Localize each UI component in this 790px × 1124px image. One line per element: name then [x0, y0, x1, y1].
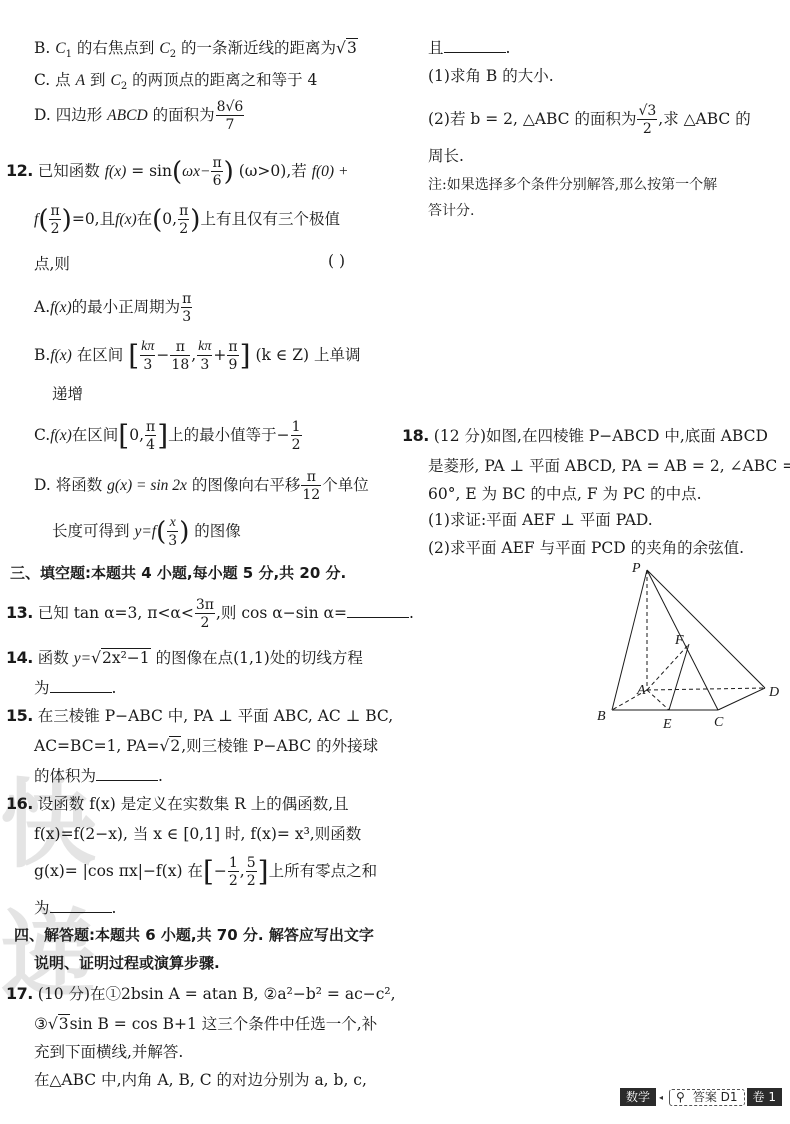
- question-18-part1: (1)求证:平面 AEF ⊥ 平面 PAD.: [428, 508, 653, 530]
- option-text: 在区间: [72, 426, 119, 444]
- question-17-line3: 充到下面横线,并解答.: [34, 1040, 183, 1062]
- question-number: 13.: [6, 603, 33, 622]
- math-fx: f(x): [50, 347, 72, 364]
- math-text: 0,: [162, 210, 177, 228]
- frac-num: x: [167, 516, 178, 532]
- math-radicand: 2: [169, 736, 181, 755]
- math-sub: 1: [66, 49, 72, 60]
- option-text: 的图像向右平移: [192, 476, 301, 494]
- frac-num: π: [227, 340, 238, 356]
- frac-den: 2: [291, 436, 302, 452]
- frac-den: 9: [227, 356, 238, 372]
- label-d: D: [768, 685, 779, 700]
- punct: .: [409, 604, 414, 622]
- fraction: 12: [291, 420, 302, 452]
- option-label: C.: [34, 426, 50, 444]
- paren-open: (: [172, 157, 182, 187]
- frac-num: π: [145, 420, 156, 436]
- question-18-line2: 是菱形, PA ⊥ 平面 ABCD, PA = AB = 2, ∠ABC =: [428, 454, 790, 476]
- frac-den: 2: [246, 872, 257, 888]
- frac-den: 3: [197, 356, 212, 372]
- option-text: 长度可得到: [52, 522, 130, 540]
- question-16: 16. 设函数 f(x) 是定义在实数集 R 上的偶函数,且: [6, 792, 349, 814]
- bracket-close: ]: [240, 339, 251, 372]
- fraction: π3: [181, 292, 192, 324]
- math-c2: C: [159, 40, 169, 57]
- question-17-part2-line2: 周长.: [428, 144, 464, 166]
- q11-option-d: D. 四边形 ABCD 的面积为8√67: [34, 100, 245, 132]
- math-arg: ωx−: [182, 163, 210, 180]
- q12-option-b: B.f(x) 在区间 [kπ3−π18,kπ3+π9] (k ∈ Z) 上单调: [34, 340, 361, 372]
- frac-num: π: [178, 204, 189, 220]
- frac-num: 8√6: [216, 100, 245, 116]
- question-text: ,则三棱锥 P−ABC 的外接球: [181, 737, 378, 755]
- question-17-part1: (1)求角 B 的大小.: [428, 64, 554, 86]
- math-radicand: 3: [58, 1014, 70, 1033]
- option-text: 上的最小值等于−: [168, 426, 290, 444]
- question-text: 的体积为: [34, 767, 96, 785]
- question-17-note-line2: 答计分.: [428, 200, 474, 220]
- frac-den: 2: [228, 872, 239, 888]
- answer-blank[interactable]: [50, 678, 112, 693]
- paren-open: (: [152, 205, 162, 235]
- math-sub: 2: [121, 81, 127, 92]
- option-label: C. 点: [34, 71, 71, 89]
- question-text: 在三棱锥 P−ABC 中, PA ⊥ 平面 ABC, AC ⊥ BC,: [38, 707, 393, 725]
- punct: .: [158, 767, 163, 785]
- question-18-part2: (2)求平面 AEF 与平面 PCD 的夹角的余弦值.: [428, 536, 744, 558]
- frac-num: π: [49, 204, 60, 220]
- question-18: 18. (12 分)如图,在四棱锥 P−ABCD 中,底面 ABCD: [402, 424, 768, 446]
- q12-line2: f(π2)=0,且f(x)在(0,π2)上有且仅有三个极值: [34, 204, 340, 236]
- fraction: 12: [228, 856, 239, 888]
- frac-den: 4: [145, 436, 156, 452]
- arrow-left-icon: ◂: [659, 1093, 663, 1102]
- fraction: π12: [301, 470, 321, 502]
- frac-den: 12: [301, 486, 321, 502]
- question-text: ,求 △ABC 的: [658, 110, 750, 128]
- frac-den: 2: [49, 220, 60, 236]
- question-17-note: 注:如果选择多个条件分别解答,那么按第一个解: [428, 174, 717, 194]
- answer-blank[interactable]: [347, 603, 409, 618]
- question-13: 13. 已知 tan α=3, π<α<3π2,则 cos α−sin α=.: [6, 598, 414, 630]
- frac-num: kπ: [197, 340, 212, 356]
- volume-tag: 卷 1: [747, 1088, 782, 1106]
- math-abcd: ABCD: [107, 107, 147, 124]
- fraction: π2: [178, 204, 189, 236]
- label-p: P: [631, 561, 641, 576]
- frac-den: 2: [637, 120, 657, 136]
- fraction: 3π2: [195, 598, 215, 630]
- math-a: A: [76, 72, 85, 89]
- answer-bracket[interactable]: ( ): [328, 252, 345, 270]
- question-15-line2: AC=BC=1, PA=√2,则三棱锥 P−ABC 的外接球: [34, 734, 378, 756]
- search-icon: ⚲: [676, 1090, 685, 1105]
- math-fx: f(x): [50, 427, 72, 444]
- question-text: g(x)= |cos πx|−f(x) 在: [34, 862, 203, 880]
- q12-option-c: C.f(x)在区间[0,π4]上的最小值等于−12: [34, 420, 303, 452]
- question-text: 点,则: [34, 255, 70, 273]
- math-fx: f(x): [115, 211, 137, 228]
- question-16-line4: 为.: [34, 896, 116, 918]
- question-17-line4: 在△ABC 中,内角 A, B, C 的对边分别为 a, b, c,: [34, 1068, 367, 1090]
- question-17: 17. (10 分)在①2bsin A = atan B, ②a²−b² = a…: [6, 982, 396, 1004]
- question-15-line3: 的体积为.: [34, 764, 163, 786]
- q12-option-d-line2: 长度可得到 y=f(x3) 的图像: [52, 516, 241, 548]
- math-fx: f(x): [50, 299, 72, 316]
- option-label: B.: [34, 346, 50, 364]
- pyramid-figure: P A B E C D F: [585, 558, 790, 733]
- option-label: A.: [34, 298, 50, 316]
- frac-num: π: [170, 340, 190, 356]
- question-number: 18.: [402, 426, 429, 445]
- paren-close: ): [62, 205, 72, 235]
- question-16-line2: f(x)=f(2−x), 当 x ∈ [0,1] 时, f(x)= x³,则函数: [34, 822, 361, 844]
- sqrt-icon: √: [159, 737, 169, 755]
- frac-num: 5: [246, 856, 257, 872]
- label-e: E: [662, 717, 672, 732]
- math-text: 0,: [129, 426, 144, 444]
- math-text: (k ∈ Z): [255, 346, 309, 364]
- fraction: π6: [211, 156, 222, 188]
- question-number: 17.: [6, 984, 33, 1003]
- section-heading-fill-in: 三、填空题:本题共 4 小题,每小题 5 分,共 20 分.: [10, 562, 346, 583]
- question-text: (10 分)在①2bsin A = atan B, ②a²−b² = ac−c²…: [38, 985, 396, 1003]
- question-15: 15. 在三棱锥 P−ABC 中, PA ⊥ 平面 ABC, AC ⊥ BC,: [6, 704, 393, 726]
- answer-label: 答案 D1: [693, 1090, 738, 1105]
- math-sign: −: [214, 862, 227, 880]
- fraction: x3: [167, 516, 178, 548]
- frac-den: 3: [181, 308, 192, 324]
- math-text: = sin: [131, 162, 172, 180]
- math-fx: f(x): [105, 163, 127, 180]
- frac-den: 3: [167, 532, 178, 548]
- bracket-close: ]: [157, 419, 168, 452]
- q12-line1: 12. 已知函数 f(x) = sin(ωx−π6) (ω>0),若 f(0) …: [6, 156, 348, 188]
- fraction: √32: [637, 104, 657, 136]
- frac-den: 2: [178, 220, 189, 236]
- math-c2: C: [110, 72, 120, 89]
- question-text: =0,且: [72, 210, 115, 228]
- paren-close: ): [190, 205, 200, 235]
- q11-option-c: C. 点 A 到 C2 的两顶点的距离之和等于 4: [34, 68, 317, 92]
- math-radicand: 2x²−1: [101, 648, 151, 667]
- question-number: 16.: [6, 794, 33, 813]
- option-label: D. 将函数: [34, 476, 102, 494]
- q12-option-b-line2: 递增: [52, 382, 83, 404]
- bracket-open: [: [128, 339, 139, 372]
- label-a: A: [636, 683, 646, 698]
- option-text: 在区间: [77, 346, 124, 364]
- option-text: 的两顶点的距离之和等于 4: [132, 71, 317, 89]
- punct: .: [506, 39, 511, 57]
- math-value: 3: [346, 38, 358, 57]
- math-text: (ω>0),若: [239, 162, 307, 180]
- question-text: 函数: [38, 649, 69, 667]
- punct: .: [112, 899, 117, 917]
- frac-den: 6: [211, 172, 222, 188]
- frac-den: 18: [170, 356, 190, 372]
- paren-close: ): [224, 157, 234, 187]
- option-text: 的一条渐近线的距离为: [181, 39, 336, 57]
- q11-option-b: B. C1 的右焦点到 C2 的一条渐近线的距离为√3: [34, 36, 358, 60]
- answer-search-box[interactable]: ⚲ 答案 D1: [669, 1089, 745, 1106]
- label-c: C: [714, 715, 724, 730]
- frac-den: 2: [195, 614, 215, 630]
- question-16-line3: g(x)= |cos πx|−f(x) 在[−12,52]上所有零点之和: [34, 856, 377, 888]
- question-text: 已知 tan α=3, π<α<: [38, 604, 194, 622]
- question-14: 14. 函数 y=√2x²−1 的图像在点(1,1)处的切线方程: [6, 646, 363, 668]
- question-18-line3: 60°, E 为 BC 的中点, F 为 PC 的中点.: [428, 482, 702, 504]
- option-text: 的右焦点到: [77, 39, 155, 57]
- question-text: ,则 cos α−sin α=: [216, 604, 347, 622]
- question-number: 14.: [6, 648, 33, 667]
- frac-num: 1: [291, 420, 302, 436]
- question-text: sin B = cos B+1 这三个条件中任选一个,补: [70, 1015, 378, 1033]
- frac-den: 3: [140, 356, 155, 372]
- section-heading-solutions: 四、解答题:本题共 6 小题,共 70 分. 解答应写出文字: [14, 924, 374, 945]
- frac-num: π: [181, 292, 192, 308]
- page-footer: 数学 ◂ ⚲ 答案 D1 卷 1: [620, 1088, 782, 1106]
- frac-num: π: [301, 470, 321, 486]
- bracket-open: [: [203, 855, 214, 888]
- question-text: 上所有零点之和: [269, 862, 378, 880]
- answer-blank[interactable]: [96, 766, 158, 781]
- option-label: B.: [34, 39, 50, 57]
- question-text: (12 分)如图,在四棱锥 P−ABCD 中,底面 ABCD: [434, 427, 768, 445]
- fraction: 8√67: [216, 100, 245, 132]
- frac-den: 7: [216, 116, 245, 132]
- fraction: kπ3: [197, 340, 212, 372]
- option-label: D. 四边形: [34, 106, 102, 124]
- q12-option-d: D. 将函数 g(x) = sin 2x 的图像向右平移π12个单位: [34, 470, 369, 502]
- question-number: 12.: [6, 161, 33, 180]
- option-text: 到: [90, 71, 106, 89]
- question-text: 为: [34, 679, 50, 697]
- question-text: 已知函数: [38, 162, 100, 180]
- sqrt-icon: √: [91, 649, 101, 667]
- frac-num: 1: [228, 856, 239, 872]
- question-text: 上有且仅有三个极值: [200, 210, 340, 228]
- question-text: AC=BC=1, PA=: [34, 737, 159, 755]
- fraction: π2: [49, 204, 60, 236]
- fraction: π4: [145, 420, 156, 452]
- math-y: y=: [74, 650, 91, 667]
- math-yeq: y=f: [134, 523, 156, 540]
- bracket-open: [: [118, 419, 129, 452]
- question-17-line2: ③√3sin B = cos B+1 这三个条件中任选一个,补: [34, 1012, 377, 1034]
- punct: .: [112, 679, 117, 697]
- section-heading-solutions-line2: 说明、证明过程或演算步骤.: [34, 952, 220, 973]
- option-text: 个单位: [322, 476, 369, 494]
- frac-num: π: [211, 156, 222, 172]
- fraction: 52: [246, 856, 257, 888]
- answer-blank[interactable]: [444, 38, 506, 53]
- fraction: π18: [170, 340, 190, 372]
- answer-blank[interactable]: [50, 898, 112, 913]
- question-17-part2: (2)若 b = 2, △ABC 的面积为√32,求 △ABC 的: [428, 104, 751, 136]
- question-number: 15.: [6, 706, 33, 725]
- frac-num: √3: [637, 104, 657, 120]
- question-text: 在: [137, 210, 153, 228]
- question-text: 的图像在点(1,1)处的切线方程: [156, 649, 363, 667]
- frac-num: kπ: [140, 340, 155, 356]
- q12-option-a: A.f(x)的最小正周期为π3: [34, 292, 193, 324]
- frac-num: 3π: [195, 598, 215, 614]
- math-f0: f(0) +: [312, 163, 349, 180]
- question-text: (2)若 b = 2, △ABC 的面积为: [428, 110, 636, 128]
- option-text: 上单调: [314, 346, 361, 364]
- option-text: 的图像: [194, 522, 241, 540]
- sqrt-icon: √: [336, 39, 346, 57]
- paren-open: (: [38, 205, 48, 235]
- subject-tag: 数学: [620, 1088, 656, 1106]
- bracket-close: ]: [258, 855, 269, 888]
- question-text: 为: [34, 899, 50, 917]
- math-sub: 2: [170, 49, 176, 60]
- question-17-line5: 且.: [428, 36, 510, 58]
- paren-close: ): [179, 517, 189, 547]
- option-text: 的面积为: [153, 106, 215, 124]
- question-text: 且: [428, 39, 444, 57]
- q12-line3: 点,则: [34, 252, 70, 274]
- math-gx: g(x) = sin 2x: [107, 477, 187, 494]
- math-c1: C: [55, 40, 65, 57]
- option-text: 的最小正周期为: [72, 298, 181, 316]
- label-f: F: [674, 633, 684, 648]
- circled-three: ③: [34, 1015, 48, 1033]
- sqrt-icon: √: [48, 1015, 58, 1033]
- fraction: kπ3: [140, 340, 155, 372]
- question-14-line2: 为.: [34, 676, 116, 698]
- paren-open: (: [156, 517, 166, 547]
- question-text: 设函数 f(x) 是定义在实数集 R 上的偶函数,且: [38, 795, 349, 813]
- label-b: B: [597, 709, 606, 724]
- fraction: π9: [227, 340, 238, 372]
